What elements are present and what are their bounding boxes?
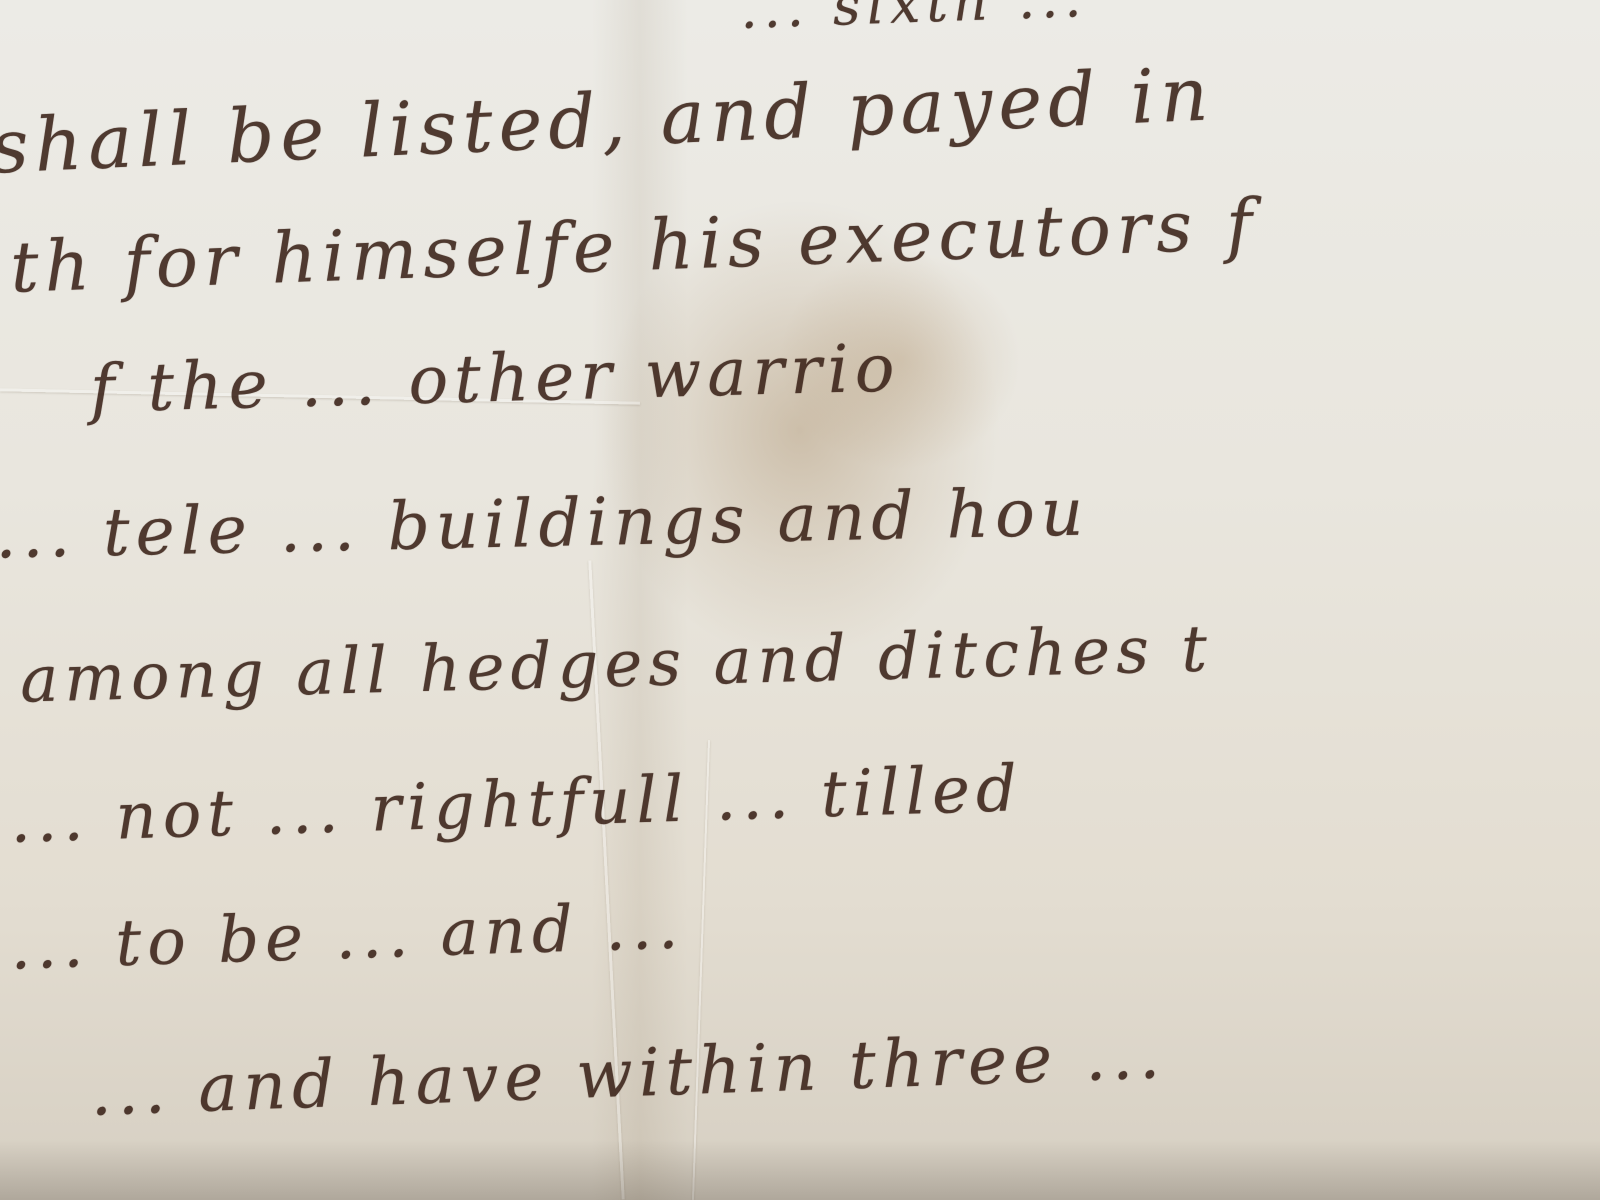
- manuscript-line: ... to be ... and ...: [9, 889, 685, 984]
- manuscript-line: among all hedges and ditches t: [19, 612, 1214, 717]
- manuscript-page: ... sixth ... shall be listed, and payed…: [0, 0, 1600, 1200]
- manuscript-line: ... and have within three ...: [89, 1016, 1167, 1131]
- manuscript-line: ... tele ... buildings and hou: [0, 474, 1090, 574]
- manuscript-line: shall be listed, and payed in: [0, 51, 1216, 190]
- page-edge-shadow: [0, 1140, 1600, 1200]
- manuscript-line: th for himselfe his executors f: [9, 183, 1260, 309]
- manuscript-line: f the ... other warrio: [89, 329, 901, 427]
- manuscript-line: ... not ... rightfull ... tilled: [9, 752, 1024, 858]
- manuscript-line: ... sixth ...: [739, 0, 1088, 41]
